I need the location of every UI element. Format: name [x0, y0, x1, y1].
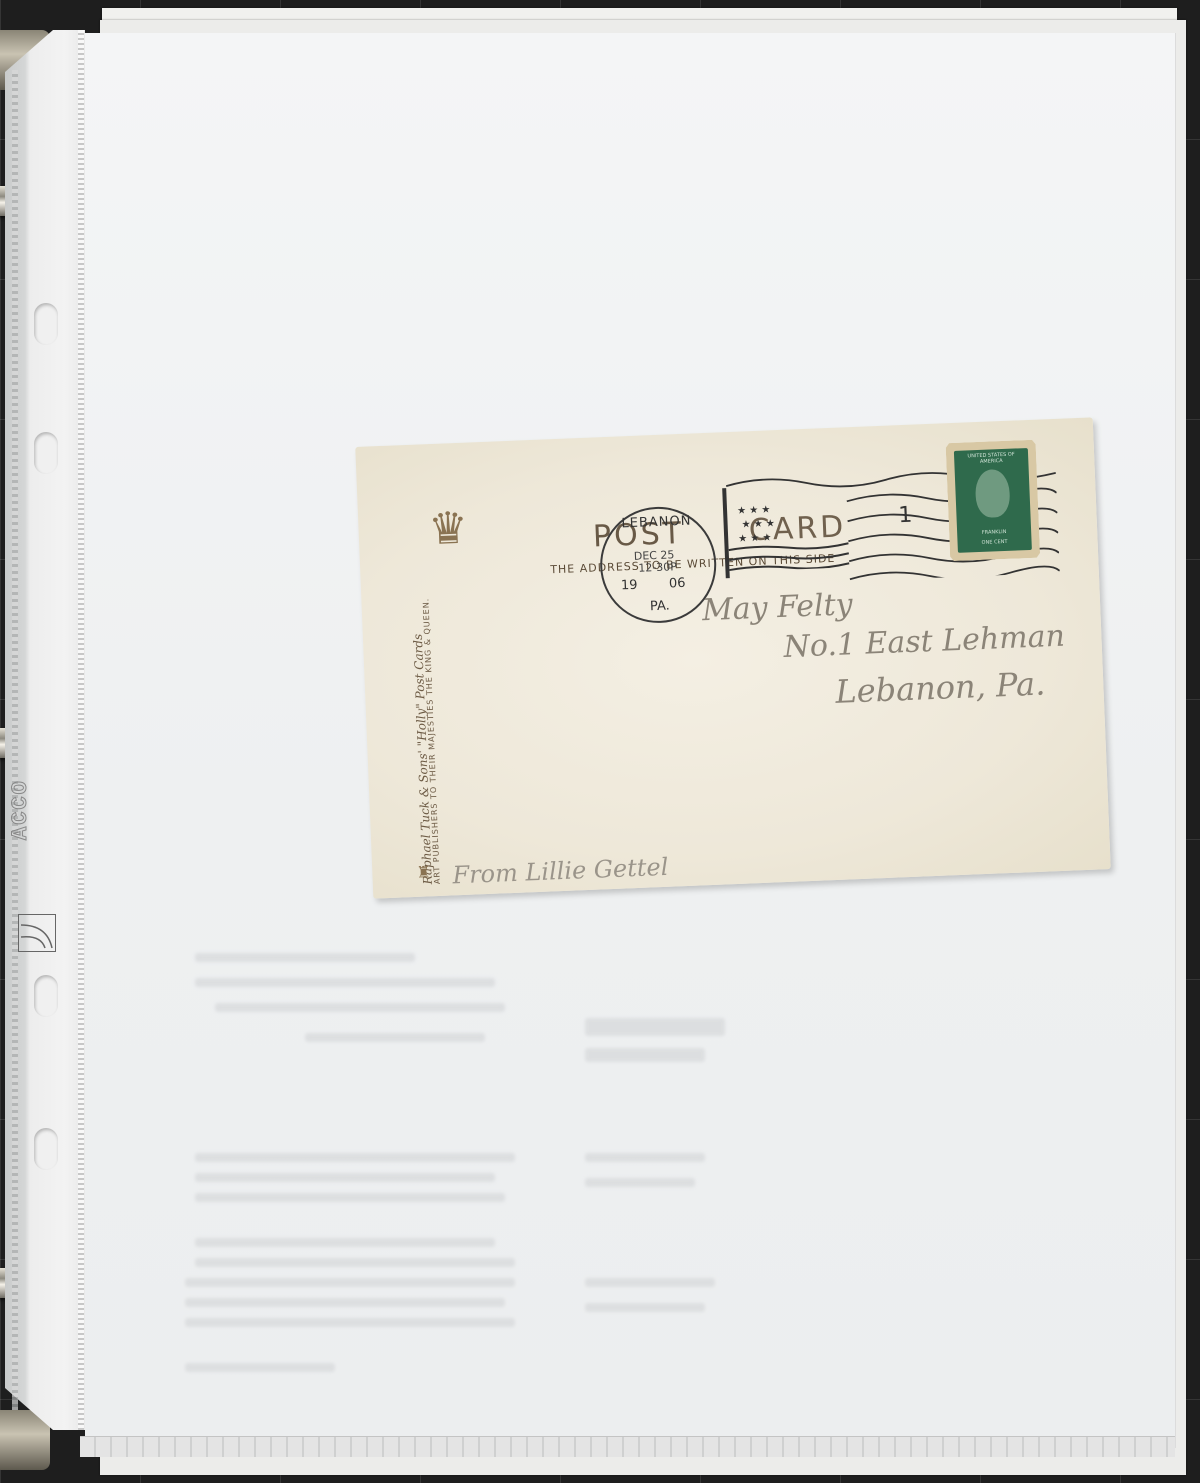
cancel-number: 1	[898, 503, 913, 529]
acco-logo-icon	[18, 914, 56, 952]
stamp-value: ONE CENT	[961, 538, 1027, 547]
address-line-2: No.1 East Lehman	[783, 619, 1066, 665]
postmark-state: PA.	[604, 597, 717, 616]
postcard: ♛ Raphael Tuck & Sons' "Holly" Post Card…	[355, 417, 1111, 898]
stamp-portrait-name: FRANKLIN	[961, 528, 1027, 537]
punch-hole	[34, 1128, 58, 1170]
postmark-year-right: 06	[669, 576, 686, 592]
punch-hole	[34, 432, 58, 474]
stamp-country: UNITED STATES OF AMERICA	[958, 451, 1024, 466]
punch-hole	[34, 303, 58, 345]
tuck-logo-icon: ♜	[416, 862, 431, 882]
postage-stamp: UNITED STATES OF AMERICA FRANKLIN ONE CE…	[946, 440, 1041, 562]
address-line-1: May Felty	[701, 587, 853, 628]
address-line-3: Lebanon, Pa.	[835, 665, 1046, 711]
franklin-portrait-icon	[975, 469, 1011, 518]
sleeve-perforation	[12, 70, 18, 1410]
punch-hole	[34, 975, 58, 1017]
sender-note: From Lillie Gettel	[452, 853, 669, 890]
coat-of-arms-icon: ♛	[428, 503, 469, 556]
postmark-year-left: 19	[621, 578, 638, 594]
postmark: LEBANON DEC 25 12-30P 19 06 PA.	[598, 505, 719, 626]
sleeve-seam	[78, 30, 84, 1430]
postmark-town: LEBANON	[600, 513, 713, 532]
stamp-face: UNITED STATES OF AMERICA FRANKLIN ONE CE…	[954, 448, 1032, 553]
postmark-time: 12-30P	[638, 560, 677, 575]
acco-brand-label: ACCO	[8, 779, 33, 840]
sleeve-bottom-edge	[80, 1436, 1175, 1457]
